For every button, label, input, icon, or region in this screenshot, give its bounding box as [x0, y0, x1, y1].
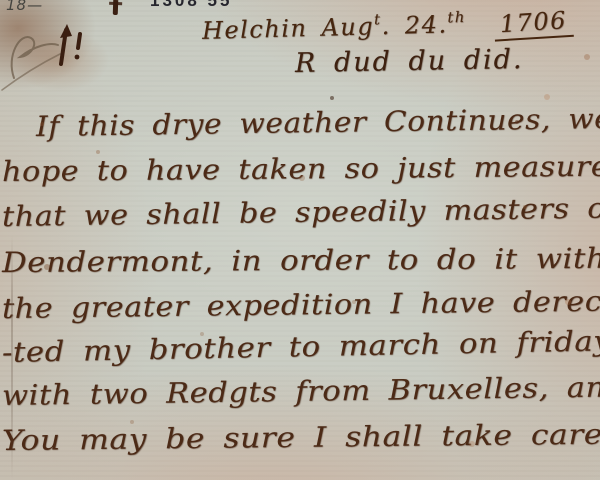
manuscript-line-4: Dendermont, in order to do it with — [2, 242, 600, 279]
docket-annotation: R dud du did. — [295, 44, 524, 79]
dateline: Helchin Augt. 24.th1706 — [202, 5, 574, 48]
letter-photograph: 18— 1308 55 Helchin Augt. 24.th1706 R du… — [0, 0, 600, 480]
manuscript-line-6: -ted my brother to march on friday — [2, 324, 600, 369]
manuscript-line-5: the greater expedition I have derec- — [2, 285, 600, 325]
catalog-number: 1308 55 — [150, 0, 232, 11]
dateline-superscript-th: th — [447, 8, 466, 26]
manuscript-line-3: that we shall be speedily masters of — [2, 191, 600, 233]
foxing-specks — [0, 0, 4, 4]
manuscript-line-1: If this drye weather Continues, we — [36, 102, 600, 143]
manuscript-line-7: with two Redgts from Bruxelles, and — [2, 370, 600, 412]
dateline-day: . 24. — [381, 10, 448, 40]
dateline-year: 1706 — [493, 6, 574, 42]
manuscript-line-2: hope to have taken so just measures, — [2, 149, 600, 188]
paper-crease — [11, 235, 13, 480]
dateline-place-month: Helchin Aug — [202, 12, 375, 44]
manuscript-line-8: You may be sure I shall take care — [2, 418, 600, 457]
ink-flourish-mark — [0, 12, 120, 97]
